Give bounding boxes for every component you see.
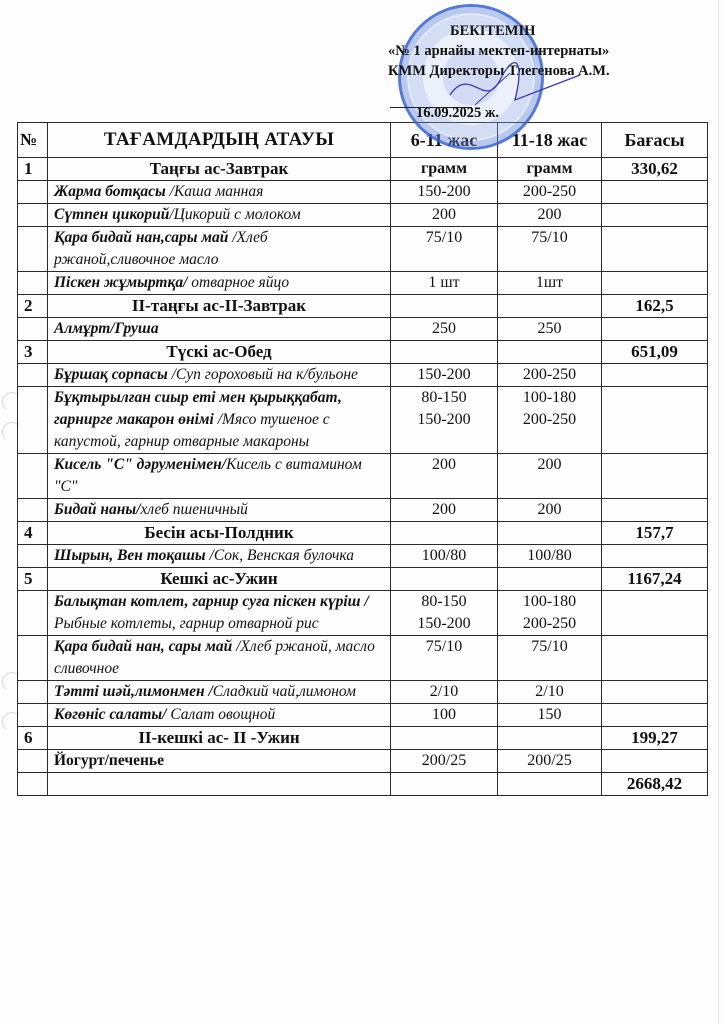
dish-name-kazakh: Қара бидай нан,сары май bbox=[54, 229, 228, 246]
dish-price-cell bbox=[602, 750, 708, 773]
dish-name-russian: /Сок, Венская булочка bbox=[206, 547, 354, 564]
header-price: Бағасы bbox=[602, 123, 708, 158]
meal-title: Түскі ас-Обед bbox=[48, 341, 391, 364]
dish-row: Піскен жұмыртқа/ отварное яйцо1 шт1шт bbox=[18, 272, 708, 295]
meal-price: 157,7 bbox=[602, 522, 708, 545]
dish-number-cell bbox=[18, 364, 48, 387]
meal-unit-6-11 bbox=[391, 295, 498, 318]
dish-name-kazakh: Піскен жұмыртқа/ bbox=[54, 274, 187, 291]
header-number: № bbox=[18, 123, 48, 158]
portion-11-18: 100-180200-250 bbox=[498, 387, 602, 454]
dish-price-cell bbox=[602, 681, 708, 704]
portion-6-11: 1 шт bbox=[391, 272, 498, 295]
dish-name-kazakh: Алмұрт/Груша bbox=[54, 320, 159, 337]
dish-row: Тәтті шәй,лимонмен /Сладкий чай,лимоном2… bbox=[18, 681, 708, 704]
dish-row: Бидай наны/хлеб пшеничный200200 bbox=[18, 499, 708, 522]
meal-unit-11-18 bbox=[498, 295, 602, 318]
portion-11-18: 200 bbox=[498, 454, 602, 499]
dish-name-kazakh: Балықтан котлет, гарнир суға піскен күрі… bbox=[54, 593, 369, 610]
meal-title: ІІ-кешкі ас- ІІ -Ужин bbox=[48, 727, 391, 750]
meal-unit-11-18 bbox=[498, 341, 602, 364]
dish-name: Көгөніс салаты/ Салат овощной bbox=[48, 704, 391, 727]
dish-name-kazakh: Жарма ботқасы bbox=[54, 183, 166, 200]
portion-11-18: 200 bbox=[498, 499, 602, 522]
portion-11-18: 200 bbox=[498, 204, 602, 227]
dish-number-cell bbox=[18, 454, 48, 499]
meal-row: 4Бесін асы-Полдник157,7 bbox=[18, 522, 708, 545]
dish-name: Қара бидай нан,сары май /Хлеб ржаной,сли… bbox=[48, 227, 391, 272]
dish-name-russian: Сладкий чай,лимоном bbox=[213, 683, 356, 700]
portion-11-18: 200-250 bbox=[498, 364, 602, 387]
meal-title: ІІ-таңғы ас-ІІ-Завтрак bbox=[48, 295, 391, 318]
meal-unit-6-11 bbox=[391, 727, 498, 750]
dish-price-cell bbox=[602, 591, 708, 636]
dish-price-cell bbox=[602, 387, 708, 454]
dish-price-cell bbox=[602, 545, 708, 568]
menu-table: № ТАҒАМДАРДЫҢ АТАУЫ 6-11 жас 11-18 жас Б… bbox=[17, 122, 708, 796]
portion-11-18: 2/10 bbox=[498, 681, 602, 704]
dish-number-cell bbox=[18, 387, 48, 454]
dish-name: Бұршақ сорпасы /Суп гороховый на к/бульо… bbox=[48, 364, 391, 387]
dish-name-russian: Рыбные котлеты, гарнир отварной рис bbox=[54, 615, 319, 632]
meal-price: 199,27 bbox=[602, 727, 708, 750]
dish-row: Балықтан котлет, гарнир суға піскен күрі… bbox=[18, 591, 708, 636]
dish-name-text: Йогурт/печенье bbox=[54, 752, 164, 769]
dish-row: Кисель "С" дәруменімен/Кисель с витамино… bbox=[18, 454, 708, 499]
dish-number-cell bbox=[18, 681, 48, 704]
scan-edge bbox=[718, 0, 719, 1024]
meal-price: 162,5 bbox=[602, 295, 708, 318]
dish-row: Бұршақ сорпасы /Суп гороховый на к/бульо… bbox=[18, 364, 708, 387]
dish-number-cell bbox=[18, 499, 48, 522]
portion-11-18: 100/80 bbox=[498, 545, 602, 568]
dish-name: Кисель "С" дәруменімен/Кисель с витамино… bbox=[48, 454, 391, 499]
meal-number: 2 bbox=[18, 295, 48, 318]
portion-6-11: 150-200 bbox=[391, 364, 498, 387]
meal-price: 330,62 bbox=[602, 158, 708, 181]
meal-row: 3Түскі ас-Обед651,09 bbox=[18, 341, 708, 364]
dish-name: Бұқтырылған сиыр еті мен қырыққабат, гар… bbox=[48, 387, 391, 454]
dish-price-cell bbox=[602, 227, 708, 272]
dish-name-kazakh: Бұршақ сорпасы bbox=[54, 366, 168, 383]
signature-icon bbox=[440, 55, 590, 115]
dish-name-russian: /Суп гороховый на к/бульоне bbox=[168, 366, 358, 383]
portion-6-11: 80-150150-200 bbox=[391, 591, 498, 636]
portion-11-18: 1шт bbox=[498, 272, 602, 295]
dish-name-kazakh: Тәтті шәй,лимонмен / bbox=[54, 683, 213, 700]
dish-price-cell bbox=[602, 318, 708, 341]
dish-name-russian: /Каша манная bbox=[166, 183, 264, 200]
meal-number: 5 bbox=[18, 568, 48, 591]
dish-row: Сүтпен цикорий/Цикорий с молоком200200 bbox=[18, 204, 708, 227]
dish-name-kazakh: Сүтпен цикорий bbox=[54, 206, 169, 223]
portion-6-11: 250 bbox=[391, 318, 498, 341]
dish-price-cell bbox=[602, 499, 708, 522]
dish-number-cell bbox=[18, 204, 48, 227]
meal-price: 651,09 bbox=[602, 341, 708, 364]
dish-name: Балықтан котлет, гарнир суға піскен күрі… bbox=[48, 591, 391, 636]
dish-name: Қара бидай нан, сары май /Хлеб ржаной, м… bbox=[48, 636, 391, 681]
header-dish-name: ТАҒАМДАРДЫҢ АТАУЫ bbox=[48, 123, 391, 158]
portion-11-18: 200/25 bbox=[498, 750, 602, 773]
meal-unit-6-11 bbox=[391, 568, 498, 591]
dish-name-kazakh: Көгөніс салаты/ bbox=[54, 706, 166, 723]
portion-6-11: 150-200 bbox=[391, 181, 498, 204]
total-price: 2668,42 bbox=[602, 773, 708, 796]
dish-price-cell bbox=[602, 454, 708, 499]
dish-name: Бидай наны/хлеб пшеничный bbox=[48, 499, 391, 522]
portion-11-18: 200-250 bbox=[498, 181, 602, 204]
dish-name: Сүтпен цикорий/Цикорий с молоком bbox=[48, 204, 391, 227]
dish-price-cell bbox=[602, 364, 708, 387]
meal-unit-6-11 bbox=[391, 522, 498, 545]
meal-row: 2ІІ-таңғы ас-ІІ-Завтрак162,5 bbox=[18, 295, 708, 318]
portion-6-11: 2/10 bbox=[391, 681, 498, 704]
portion-6-11: 200 bbox=[391, 204, 498, 227]
dish-name-kazakh: Қара бидай нан, сары май bbox=[54, 638, 232, 655]
meal-number: 4 bbox=[18, 522, 48, 545]
dish-number-cell bbox=[18, 591, 48, 636]
dish-name: Тәтті шәй,лимонмен /Сладкий чай,лимоном bbox=[48, 681, 391, 704]
portion-6-11: 200/25 bbox=[391, 750, 498, 773]
dish-number-cell bbox=[18, 227, 48, 272]
dish-row: Қара бидай нан,сары май /Хлеб ржаной,сли… bbox=[18, 227, 708, 272]
dish-name-russian: отварное яйцо bbox=[187, 274, 289, 291]
dish-price-cell bbox=[602, 704, 708, 727]
dish-row: Шырын, Вен тоқашы /Сок, Венская булочка1… bbox=[18, 545, 708, 568]
dish-name: Піскен жұмыртқа/ отварное яйцо bbox=[48, 272, 391, 295]
dish-name-russian: Салат овощной bbox=[166, 706, 275, 723]
dish-number-cell bbox=[18, 636, 48, 681]
portion-6-11: 200 bbox=[391, 499, 498, 522]
dish-number-cell bbox=[18, 318, 48, 341]
meal-row: 1Таңғы ас-Завтракграммграмм330,62 bbox=[18, 158, 708, 181]
dish-row: Йогурт/печенье200/25200/25 bbox=[18, 750, 708, 773]
meal-number: 1 bbox=[18, 158, 48, 181]
dish-row: Көгөніс салаты/ Салат овощной100150 bbox=[18, 704, 708, 727]
meal-row: 6ІІ-кешкі ас- ІІ -Ужин199,27 bbox=[18, 727, 708, 750]
total-name-cell bbox=[48, 773, 391, 796]
portion-11-18: 75/10 bbox=[498, 636, 602, 681]
portion-11-18: 75/10 bbox=[498, 227, 602, 272]
dish-name: Алмұрт/Груша bbox=[48, 318, 391, 341]
table-header-row: № ТАҒАМДАРДЫҢ АТАУЫ 6-11 жас 11-18 жас Б… bbox=[18, 123, 708, 158]
meal-price: 1167,24 bbox=[602, 568, 708, 591]
dish-price-cell bbox=[602, 272, 708, 295]
total-row: 2668,42 bbox=[18, 773, 708, 796]
portion-6-11: 100 bbox=[391, 704, 498, 727]
dish-number-cell bbox=[18, 272, 48, 295]
dish-number-cell bbox=[18, 545, 48, 568]
meal-unit-6-11: грамм bbox=[391, 158, 498, 181]
meal-title: Бесін асы-Полдник bbox=[48, 522, 391, 545]
portion-6-11: 80-150150-200 bbox=[391, 387, 498, 454]
total-11-18-cell bbox=[498, 773, 602, 796]
dish-name-kazakh: Шырын, Вен тоқашы bbox=[54, 547, 206, 564]
total-number-cell bbox=[18, 773, 48, 796]
dish-name: Йогурт/печенье bbox=[48, 750, 391, 773]
dish-price-cell bbox=[602, 636, 708, 681]
dish-name: Жарма ботқасы /Каша манная bbox=[48, 181, 391, 204]
portion-6-11: 75/10 bbox=[391, 227, 498, 272]
dish-row: Қара бидай нан, сары май /Хлеб ржаной, м… bbox=[18, 636, 708, 681]
meal-unit-11-18 bbox=[498, 727, 602, 750]
portion-11-18: 250 bbox=[498, 318, 602, 341]
portion-11-18: 150 bbox=[498, 704, 602, 727]
meal-unit-11-18 bbox=[498, 568, 602, 591]
dish-price-cell bbox=[602, 204, 708, 227]
menu-body: 1Таңғы ас-Завтракграммграмм330,62Жарма б… bbox=[18, 158, 708, 796]
dish-name-russian: /Цикорий с молоком bbox=[169, 206, 300, 223]
dish-name-kazakh: Бидай наны/ bbox=[54, 501, 140, 518]
dish-name-russian: хлеб пшеничный bbox=[140, 501, 247, 518]
dish-price-cell bbox=[602, 181, 708, 204]
dish-number-cell bbox=[18, 750, 48, 773]
meal-number: 6 bbox=[18, 727, 48, 750]
meal-row: 5Кешкі ас-Ужин1167,24 bbox=[18, 568, 708, 591]
dish-number-cell bbox=[18, 181, 48, 204]
meal-unit-6-11 bbox=[391, 341, 498, 364]
portion-11-18: 100-180200-250 bbox=[498, 591, 602, 636]
meal-number: 3 bbox=[18, 341, 48, 364]
dish-row: Жарма ботқасы /Каша манная150-200200-250 bbox=[18, 181, 708, 204]
dish-name: Шырын, Вен тоқашы /Сок, Венская булочка bbox=[48, 545, 391, 568]
dish-number-cell bbox=[18, 704, 48, 727]
dish-name-kazakh: Кисель "С" дәруменімен/ bbox=[54, 456, 226, 473]
approval-heading: БЕКІТЕМІН bbox=[450, 22, 535, 41]
portion-6-11: 75/10 bbox=[391, 636, 498, 681]
meal-unit-11-18: грамм bbox=[498, 158, 602, 181]
total-6-11-cell bbox=[391, 773, 498, 796]
dish-row: Бұқтырылған сиыр еті мен қырыққабат, гар… bbox=[18, 387, 708, 454]
meal-title: Таңғы ас-Завтрак bbox=[48, 158, 391, 181]
meal-title: Кешкі ас-Ужин bbox=[48, 568, 391, 591]
meal-unit-11-18 bbox=[498, 522, 602, 545]
dish-row: Алмұрт/Груша250250 bbox=[18, 318, 708, 341]
portion-6-11: 200 bbox=[391, 454, 498, 499]
portion-6-11: 100/80 bbox=[391, 545, 498, 568]
